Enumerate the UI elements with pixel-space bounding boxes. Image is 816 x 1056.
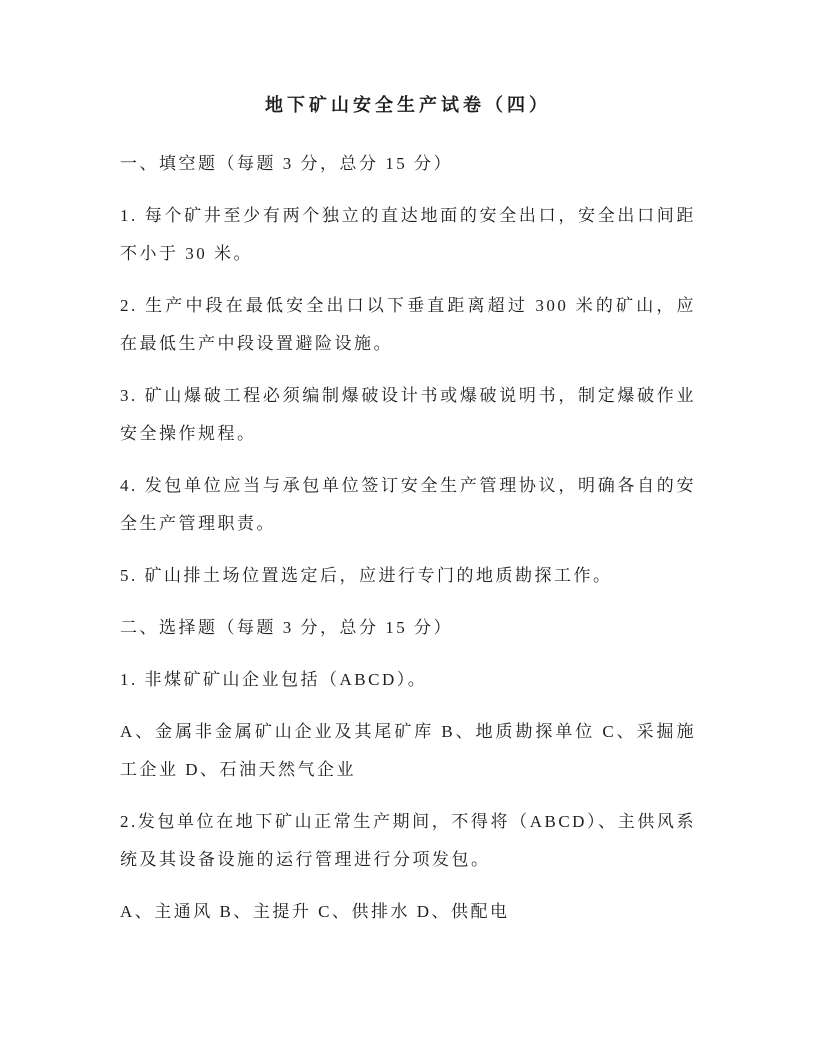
fill-in-question-5: 5. 矿山排土场位置选定后，应进行专门的地质勘探工作。 [120, 557, 696, 595]
choice-question-1: 1. 非煤矿矿山企业包括（ABCD）。 [120, 661, 696, 699]
choice-question-2-options: A、主通风 B、主提升 C、供排水 D、供配电 [120, 893, 696, 931]
fill-in-question-2: 2. 生产中段在最低安全出口以下垂直距离超过 300 米的矿山，应在最低生产中段… [120, 287, 696, 363]
choice-question-1-options: A、金属非金属矿山企业及其尾矿库 B、地质勘探单位 C、采掘施工企业 D、石油天… [120, 713, 696, 789]
section-heading-multiple-choice: 二、选择题（每题 3 分，总分 15 分） [120, 609, 696, 647]
document-title: 地下矿山安全生产试卷（四） [120, 85, 696, 125]
section-heading-fill-in-blanks: 一、填空题（每题 3 分，总分 15 分） [120, 145, 696, 183]
choice-question-2: 2.发包单位在地下矿山正常生产期间，不得将（ABCD）、主供风系统及其设备设施的… [120, 803, 696, 879]
fill-in-question-4: 4. 发包单位应当与承包单位签订安全生产管理协议，明确各自的安全生产管理职责。 [120, 467, 696, 543]
fill-in-question-1: 1. 每个矿井至少有两个独立的直达地面的安全出口，安全出口间距不小于 30 米。 [120, 197, 696, 273]
document-page: 地下矿山安全生产试卷（四） 一、填空题（每题 3 分，总分 15 分） 1. 每… [0, 0, 816, 1056]
fill-in-question-3: 3. 矿山爆破工程必须编制爆破设计书或爆破说明书，制定爆破作业安全操作规程。 [120, 377, 696, 453]
